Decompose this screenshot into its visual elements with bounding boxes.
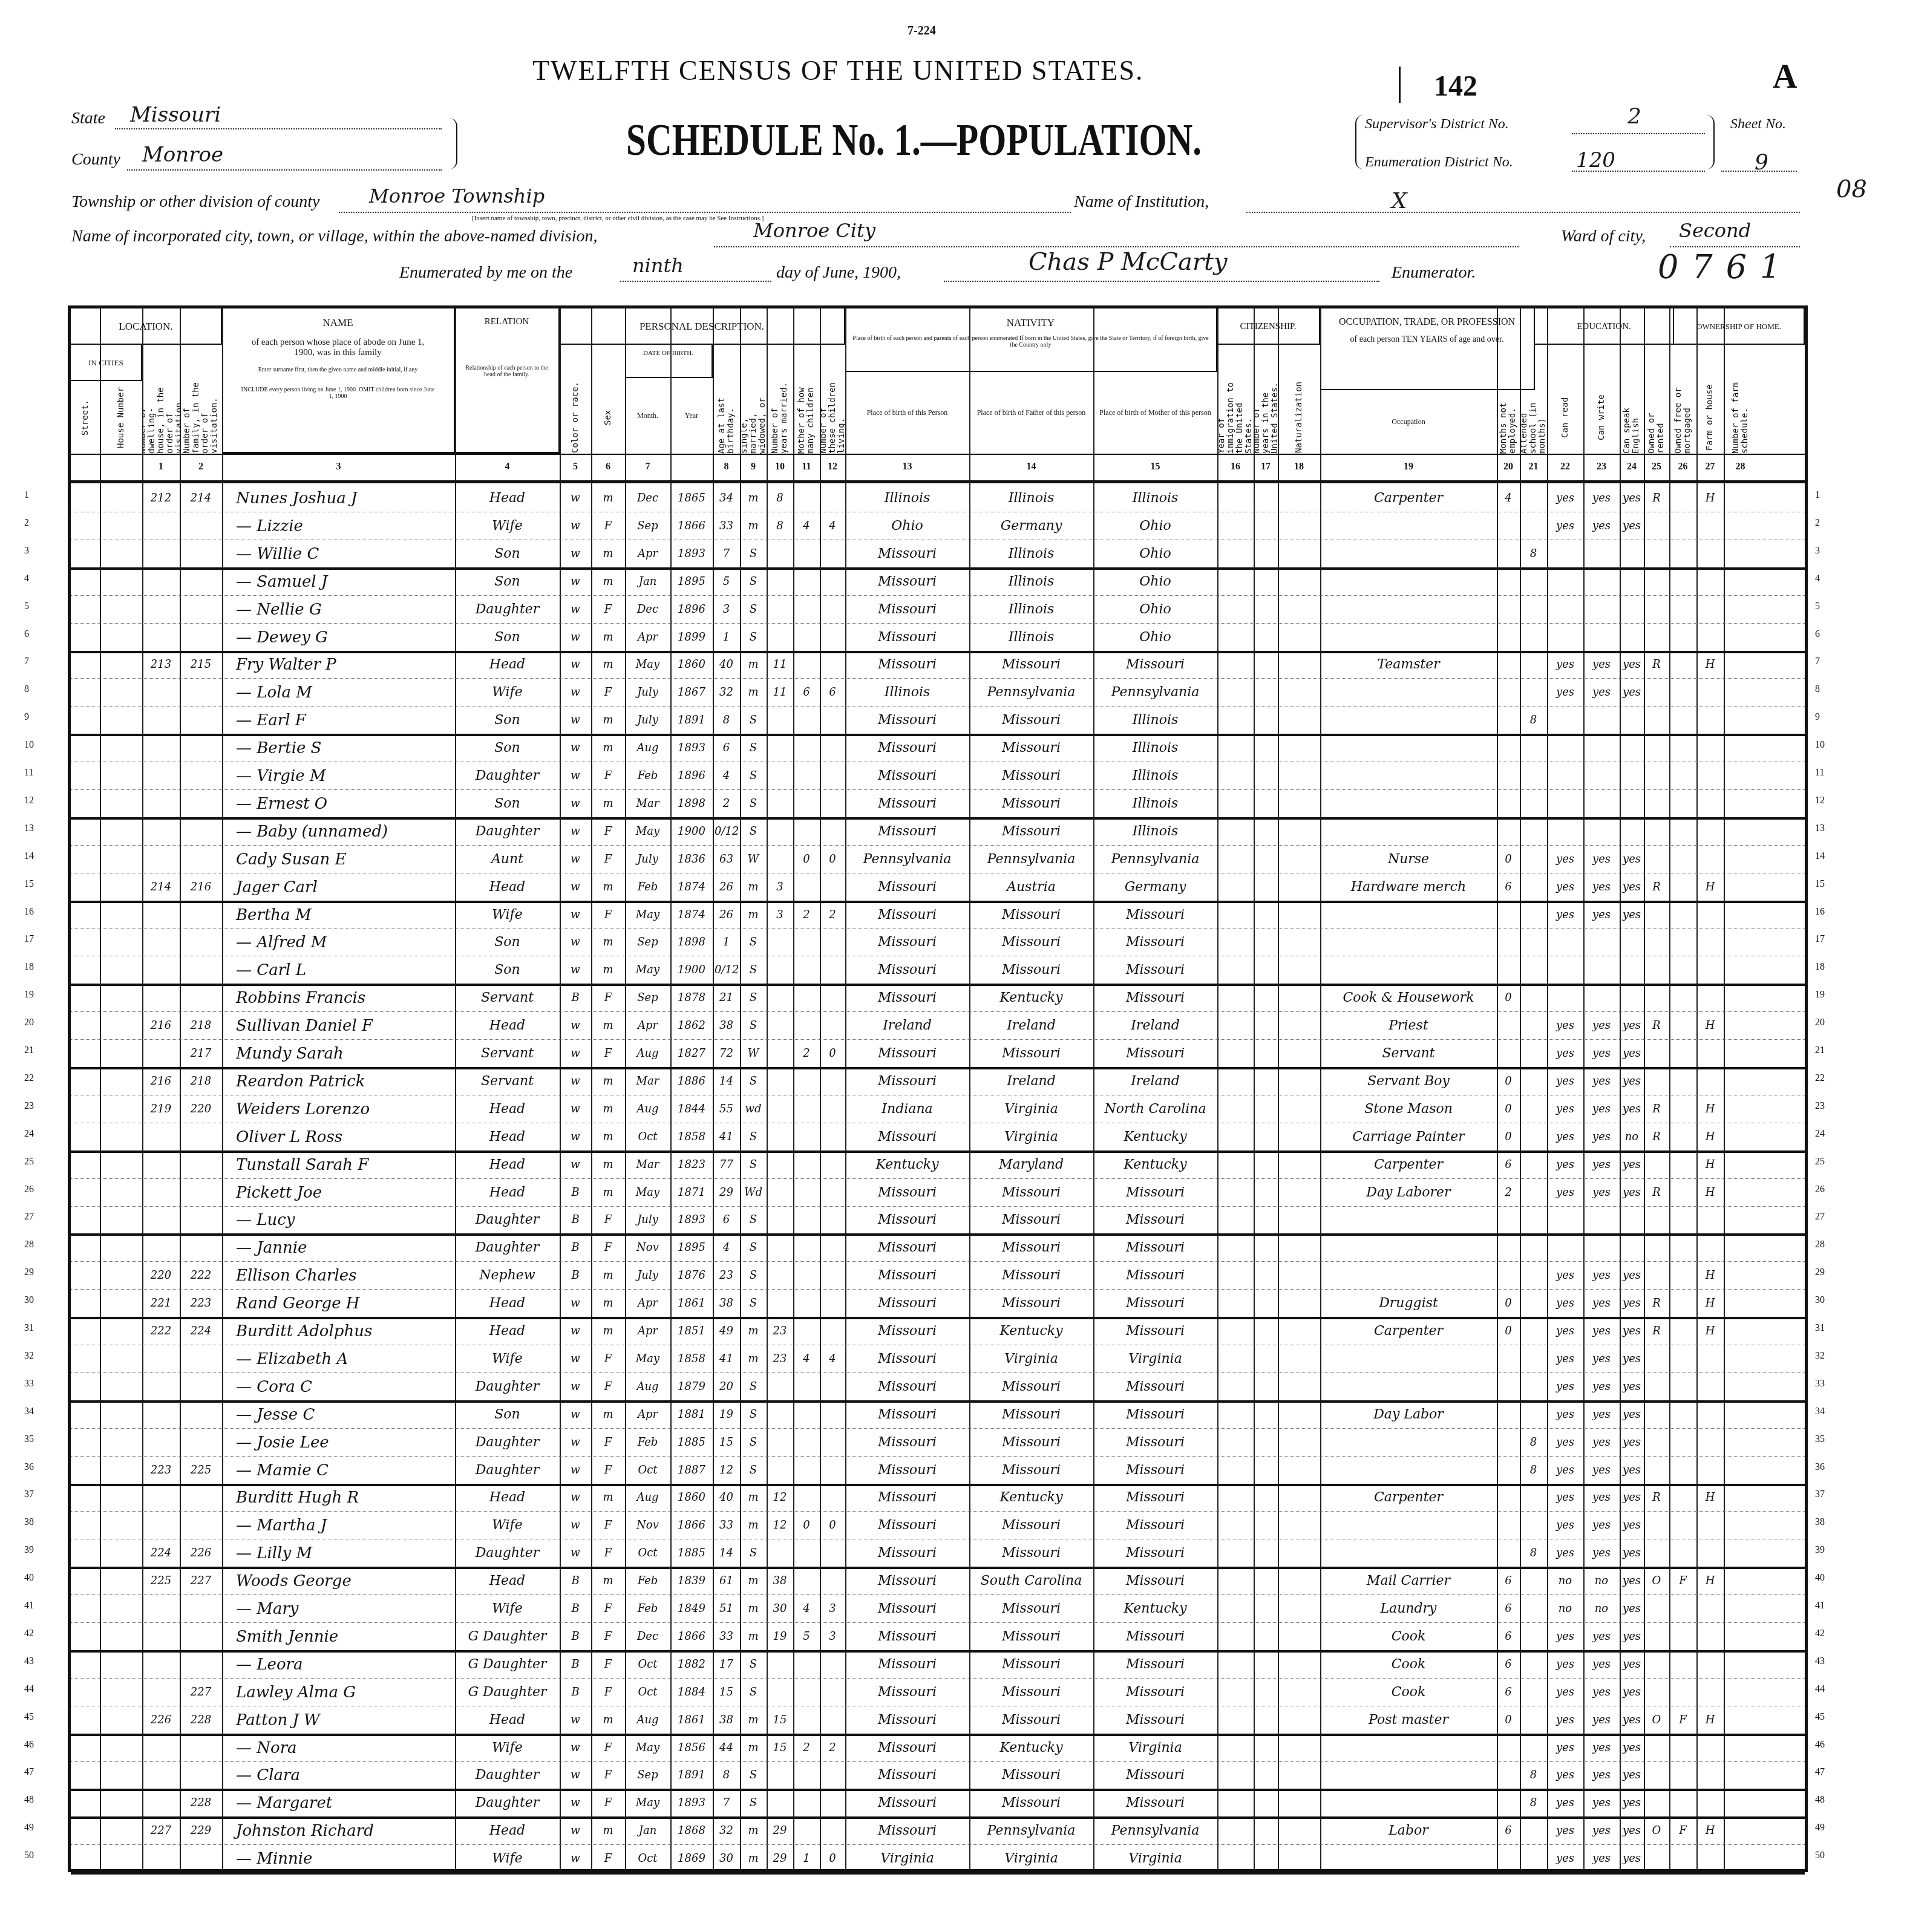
cell-age: 40 [715,654,738,676]
cell-liv [822,876,843,898]
cell-fam [182,1598,220,1620]
cell-occ [1322,959,1495,981]
cell-mb: Illinois [1095,793,1215,815]
cell-own [1646,1432,1667,1454]
cell-mar: S [742,1764,765,1786]
cell-dw [144,1126,178,1148]
cell-fb: Virginia [971,1348,1091,1370]
row-number: 24 [1815,1129,1825,1140]
cell-rel: Daughter [457,1542,558,1564]
sheet-letter: A [1773,57,1797,96]
cell-mb: Ohio [1095,627,1215,648]
cell-mar: m [742,1598,765,1620]
cell-sex: m [593,959,623,981]
table-row: — Josie LeeDaughterwFFeb188515SMissouriM… [71,1428,1805,1457]
cell-sex: m [593,488,623,509]
cell-mar: W [742,849,765,870]
cell-rel: Head [457,654,558,676]
cell-farm [1698,1460,1722,1481]
cell-pb: Missouri [847,571,967,593]
cell-fb: Missouri [971,1265,1091,1287]
cell-fam [182,1209,220,1231]
cell-moth [795,654,818,676]
cell-sex: F [593,1737,623,1759]
cell-rd: yes [1549,849,1582,870]
cell-mar: m [742,488,765,509]
cell-sch [1522,1126,1545,1148]
brace-district-left [1355,115,1364,169]
cell-fb: Missouri [971,654,1091,676]
cell-ym: 3 [768,876,791,898]
cell-fb: Missouri [971,1043,1091,1065]
cell-ym [768,932,791,953]
township-field[interactable] [339,210,1071,213]
row-number: 27 [1815,1212,1825,1222]
column-number [100,454,142,480]
cell-fam: 225 [182,1460,220,1481]
cell-free [1671,543,1695,565]
cell-mb: Missouri [1095,1709,1215,1731]
cell-occ: Day Laborer [1322,1182,1495,1204]
cell-wr: yes [1585,654,1618,676]
cell-mar: m [742,654,765,676]
cell-moth [795,1404,818,1426]
cell-rel: Head [457,1293,558,1314]
row-number-left: 38 [24,1517,34,1528]
cell-own: R [1646,1487,1667,1509]
cell-en: yes [1621,876,1642,898]
cell-sch [1522,765,1545,787]
column-label: Number of farm schedule. [1724,381,1757,454]
cell-liv [822,1432,843,1454]
cell-sex: m [593,1487,623,1509]
cell-rel: Servant [457,1071,558,1092]
cell-rd [1549,543,1582,565]
table-row: — Alfred MSonwmSep18981SMissouriMissouri… [71,928,1805,956]
cell-moth [795,765,818,787]
township-label: Township or other division of county [71,192,319,212]
cell-name: — Cora C [224,1376,465,1398]
cell-mb: Kentucky [1095,1598,1215,1620]
cell-name: — Leora [224,1654,465,1676]
column-label: Number of family, in the order of visita… [180,381,222,454]
table-row: — Elizabeth AWifewFMay185841m2344Missour… [71,1345,1805,1373]
cell-fb: Missouri [971,1792,1091,1814]
cell-free [1671,737,1695,759]
cell-en: yes [1621,1043,1642,1065]
cell-moth [795,1209,818,1231]
row-number: 15 [1815,879,1825,890]
row-number-left: 4 [24,573,29,584]
cell-mne [1499,1015,1518,1037]
row-number-left: 44 [24,1684,34,1695]
enumerated-day-field[interactable] [620,279,771,282]
cell-year: 1896 [672,765,711,787]
margin-note-2: 0761 [1658,248,1794,286]
cell-dw: 220 [144,1265,178,1287]
cell-fb: Pennsylvania [971,849,1091,870]
cell-month: Dec [627,488,669,509]
cell-age: 15 [715,1432,738,1454]
cell-moth [795,1570,818,1592]
cell-ym [768,1682,791,1703]
cell-fam: 229 [182,1820,220,1842]
group-education: EDUCATION. [1535,308,1674,345]
cell-farm [1698,793,1722,815]
cell-free [1671,987,1695,1009]
cell-sch [1522,1015,1545,1037]
column-label: Sex [591,381,625,454]
enumerator-name: Chas P McCarty [1029,248,1228,276]
cell-rel: Son [457,571,558,593]
cell-rel: Wife [457,1348,558,1370]
table-row: 224226— Lilly MDaughterwFOct188514SMisso… [71,1539,1805,1569]
cell-mne [1499,959,1518,981]
cell-age: 33 [715,515,738,537]
ward-label: Ward of city, [1561,227,1646,246]
column-label: Month. [625,378,670,454]
cell-rel: Head [457,1098,558,1120]
cell-mne: 2 [1499,1182,1518,1204]
cell-free [1671,1737,1695,1759]
row-number-left: 23 [24,1101,34,1112]
cell-rd: yes [1549,1820,1582,1842]
cell-moth: 0 [795,1515,818,1536]
cell-mb: Pennsylvania [1095,849,1215,870]
cell-color: w [561,1460,589,1481]
row-number: 8 [1815,684,1820,695]
cell-occ [1322,710,1495,731]
cell-farm [1698,515,1722,537]
cell-fam [182,1376,220,1398]
city-field[interactable] [714,245,1519,247]
cell-mne: 6 [1499,1654,1518,1676]
cell-mb: Missouri [1095,1626,1215,1648]
cell-pb: Pennsylvania [847,849,967,870]
cell-free [1671,765,1695,787]
table-row: 225227Woods GeorgeHeadBmFeb183961m38Miss… [71,1567,1805,1595]
cell-wr: yes [1585,515,1618,537]
row-number-left: 6 [24,629,29,640]
table-row: — LucyDaughterBFJuly18936SMissouriMissou… [71,1206,1805,1236]
column-number: 1 [142,454,180,480]
row-number: 23 [1815,1101,1825,1112]
cell-dw [144,765,178,787]
cell-dw [144,1764,178,1786]
cell-moth [795,1682,818,1703]
cell-pb: Missouri [847,1764,967,1786]
cell-mar: S [742,543,765,565]
cell-en: yes [1621,515,1642,537]
cell-pb: Missouri [847,1820,967,1842]
cell-month: Sep [627,987,669,1009]
cell-fam: 216 [182,876,220,898]
column-label: Age at last birthday. [713,381,740,454]
cell-free [1671,654,1695,676]
cell-mb: Illinois [1095,710,1215,731]
cell-own: R [1646,1126,1667,1148]
cell-mar: m [742,515,765,537]
table-row: — Virgie MDaughterwFFeb18964SMissouriMis… [71,762,1805,790]
cell-dw [144,1515,178,1536]
cell-month: May [627,1348,669,1370]
cell-wr: yes [1585,849,1618,870]
cell-en: yes [1621,488,1642,509]
cell-own [1646,627,1667,648]
cell-free [1671,1126,1695,1148]
cell-dw [144,1348,178,1370]
cell-free [1671,1071,1695,1092]
cell-month: Apr [627,1404,669,1426]
column-number [71,454,100,480]
cell-farm [1698,1376,1722,1398]
cell-wr: yes [1585,1043,1618,1065]
cell-fb: Missouri [971,1598,1091,1620]
cell-month: Feb [627,765,669,787]
column-number: 21 [1520,454,1547,480]
cell-en [1621,737,1642,759]
cell-dw [144,987,178,1009]
cell-mar: S [742,710,765,731]
brace-left [449,118,457,169]
cell-year: 1878 [672,987,711,1009]
cell-wr [1585,1237,1618,1259]
cell-mb: Missouri [1095,1570,1215,1592]
cell-en [1621,599,1642,621]
cell-en: yes [1621,1182,1642,1204]
cell-wr: yes [1585,1542,1618,1564]
row-number: 2 [1815,518,1820,529]
cell-en: yes [1621,1848,1642,1870]
cell-mne [1499,1542,1518,1564]
state-value: Missouri [130,103,221,127]
row-number-left: 37 [24,1489,34,1500]
cell-rel: Wife [457,1598,558,1620]
column-number: 26 [1669,454,1696,480]
cell-year: 1861 [672,1293,711,1314]
cell-month: Nov [627,1237,669,1259]
cell-en: yes [1621,1737,1642,1759]
cell-sch [1522,1515,1545,1536]
cell-color: w [561,821,589,843]
cell-fb: Missouri [971,1182,1091,1204]
cell-year: 1861 [672,1709,711,1731]
cell-occ [1322,1265,1495,1287]
cell-sch [1522,1209,1545,1231]
county-field[interactable] [127,168,442,171]
ed-label: Enumeration District No. [1365,154,1513,171]
cell-sex: F [593,682,623,703]
cell-rd: yes [1549,876,1582,898]
cell-sch [1522,1626,1545,1648]
cell-mb: Missouri [1095,1182,1215,1204]
cell-fam [182,987,220,1009]
cell-name: Fry Walter P [224,654,465,676]
cell-pb: Missouri [847,765,967,787]
cell-name: Pickett Joe [224,1182,465,1204]
cell-fam [182,1126,220,1148]
cell-year: 1879 [672,1376,711,1398]
cell-moth: 4 [795,1348,818,1370]
row-number: 44 [1815,1684,1825,1695]
cell-sex: F [593,904,623,926]
cell-rd [1549,765,1582,787]
cell-sex: m [593,543,623,565]
cell-occ [1322,1737,1495,1759]
row-number: 5 [1815,601,1820,612]
cell-fb: Maryland [971,1154,1091,1176]
cell-liv [822,932,843,953]
cell-mne: 6 [1499,1626,1518,1648]
cell-age: 7 [715,1792,738,1814]
cell-age: 0/12 [715,959,738,981]
cell-fb: Missouri [971,1764,1091,1786]
cell-sex: F [593,987,623,1009]
row-number-left: 48 [24,1795,34,1806]
institution-field[interactable] [1246,210,1800,213]
table-row: 227Lawley Alma GG DaughterBFOct188415SMi… [71,1678,1805,1706]
column-label: Street. [71,381,100,454]
cell-year: 1895 [672,1237,711,1259]
cell-mar: m [742,1820,765,1842]
column-label: Year [670,378,713,454]
cell-liv: 4 [822,1348,843,1370]
group-relation: RELATION Relationship of each person to … [455,308,560,454]
cell-mar: m [742,1487,765,1509]
cell-fb: Germany [971,515,1091,537]
cell-ym [768,1432,791,1454]
row-number-left: 18 [24,962,34,973]
cell-sex: F [593,821,623,843]
cell-month: Oct [627,1542,669,1564]
enumerator-field[interactable] [944,279,1379,282]
cell-pb: Missouri [847,1320,967,1342]
cell-month: Oct [627,1682,669,1703]
cell-farm [1698,1515,1722,1536]
cell-moth [795,1182,818,1204]
row-number: 19 [1815,990,1825,1000]
column-label: Can speak English [1620,381,1644,454]
row-number: 32 [1815,1351,1825,1362]
cell-rel: Head [457,876,558,898]
cell-pb: Missouri [847,1570,967,1592]
cell-year: 1886 [672,1071,711,1092]
cell-age: 12 [715,1460,738,1481]
cell-wr [1585,710,1618,731]
cell-color: w [561,571,589,593]
cell-fb: Virginia [971,1098,1091,1120]
cell-free [1671,682,1695,703]
cell-moth [795,1154,818,1176]
cell-moth [795,1460,818,1481]
cell-name: — Elizabeth A [224,1348,465,1370]
cell-mb: Ohio [1095,515,1215,537]
cell-occ: Druggist [1322,1293,1495,1314]
cell-free [1671,1654,1695,1676]
cell-liv [822,1764,843,1786]
cell-mne: 0 [1499,1293,1518,1314]
cell-occ [1322,821,1495,843]
cell-liv [822,1015,843,1037]
cell-moth: 2 [795,1043,818,1065]
cell-year: 1869 [672,1848,711,1870]
cell-free [1671,710,1695,731]
cell-age: 8 [715,710,738,731]
cell-year: 1891 [672,710,711,731]
cell-wr: yes [1585,1626,1618,1648]
cell-age: 23 [715,1265,738,1287]
cell-wr: yes [1585,1682,1618,1703]
row-number-left: 2 [24,518,29,529]
cell-mne [1499,1432,1518,1454]
cell-free [1671,1293,1695,1314]
cell-sch [1522,1182,1545,1204]
cell-age: 51 [715,1598,738,1620]
cell-wr: yes [1585,876,1618,898]
cell-month: Sep [627,515,669,537]
cell-color: B [561,987,589,1009]
cell-farm [1698,1542,1722,1564]
cell-age: 63 [715,849,738,870]
supervisor-field[interactable] [1572,132,1705,134]
table-row: — Samuel JSonwmJan18955SMissouriIllinois… [71,567,1805,596]
cell-farm: H [1698,1709,1722,1731]
cell-ym: 30 [768,1598,791,1620]
row-number-left: 43 [24,1656,34,1667]
cell-fam [182,1348,220,1370]
state-field[interactable] [115,127,442,129]
county-label: County [71,150,120,169]
cell-ym: 3 [768,904,791,926]
cell-ym [768,1237,791,1259]
cell-fb: Missouri [971,1404,1091,1426]
row-number: 42 [1815,1628,1825,1639]
cell-pb: Missouri [847,987,967,1009]
cell-color: w [561,849,589,870]
cell-wr: yes [1585,1654,1618,1676]
cell-sex: F [593,765,623,787]
cell-occ [1322,1376,1495,1398]
cell-en: yes [1621,1265,1642,1287]
row-number-left: 22 [24,1073,34,1084]
table-row: — Ernest OSonwmMar18982SMissouriMissouri… [71,789,1805,820]
cell-sex: m [593,1015,623,1037]
cell-occ: Stone Mason [1322,1098,1495,1120]
cell-mne [1499,571,1518,593]
column-number: 24 [1620,454,1644,480]
cell-occ [1322,1209,1495,1231]
cell-pb: Missouri [847,1487,967,1509]
cell-farm [1698,1209,1722,1231]
table-row: — JannieDaughterBFNov18954SMissouriMisso… [71,1233,1805,1262]
ward-field[interactable] [1670,245,1800,247]
cell-farm [1698,1237,1722,1259]
cell-rd: yes [1549,1348,1582,1370]
cell-occ: Cook & Housework [1322,987,1495,1009]
table-row: 217Mundy SarahServantwFAug182772W20Misso… [71,1039,1805,1069]
cell-moth [795,1265,818,1287]
column-label: Number of dwelling-house, in the order o… [142,381,180,454]
cell-color: w [561,765,589,787]
cell-name: — Samuel J [224,571,465,593]
column-number [670,454,713,480]
cell-farm [1698,599,1722,621]
cell-sex: m [593,710,623,731]
cell-year: 1836 [672,849,711,870]
cell-mar: m [742,904,765,926]
cell-rel: Daughter [457,1209,558,1231]
cell-mne [1499,1265,1518,1287]
